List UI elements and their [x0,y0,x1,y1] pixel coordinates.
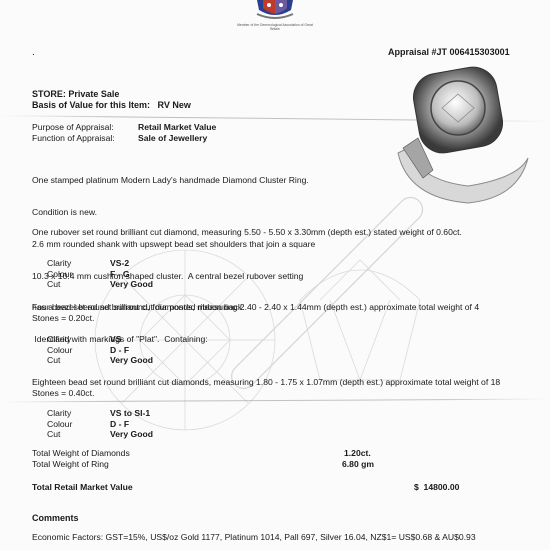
appraisal-number: Appraisal #JT 006415303001 [388,47,510,58]
colour-label: Colour [47,419,110,430]
stone-1-description: One rubover set round brilliant cut diam… [32,227,502,238]
description-line: Condition is new. [32,207,352,218]
stone-3-description: Eighteen bead set round brilliant cut di… [32,377,502,398]
clarity-label: Clarity [47,408,110,419]
function-value: Sale of Jewellery [138,133,207,144]
total-retail-market-value: $ 14800.00 [414,482,459,493]
colour-value: F - G [110,269,130,280]
crest-caption: Member of the Gemmological Association o… [236,23,314,31]
stone-3-specs: ClarityVS to SI-1 ColourD - F CutVery Go… [47,408,153,440]
store-block: STORE: Private Sale Basis of Value for t… [32,89,191,110]
cut-value: Very Good [110,355,153,366]
stone-1-specs: ClarityVS-2 ColourF - G CutVery Good [47,258,153,290]
cut-value: Very Good [110,279,153,290]
total-diamond-weight-row: Total Weight of Diamonds 1.20ct. [32,448,374,459]
cut-value: Very Good [110,429,153,440]
total-ring-weight-row: Total Weight of Ring 6.80 gm [32,459,374,470]
clarity-label: Clarity [47,334,110,345]
clarity-value: VS [110,334,121,345]
function-row: Function of Appraisal: Sale of Jewellery [32,133,216,144]
store-line: STORE: Private Sale [32,89,191,100]
purpose-label: Purpose of Appraisal: [32,122,138,133]
purpose-row: Purpose of Appraisal: Retail Market Valu… [32,122,216,133]
colour-label: Colour [47,345,110,356]
cut-label: Cut [47,429,110,440]
basis-label: Basis of Value for this Item: [32,100,150,110]
economic-factors: Economic Factors: GST=15%, US$/oz Gold 1… [32,532,512,543]
stone-2-specs: ClarityVS ColourD - F CutVery Good [47,334,153,366]
stone-2-description: Four bead set round brilliant cut diamon… [32,302,502,323]
stray-mark: . [32,48,35,59]
clarity-value: VS to SI-1 [110,408,150,419]
totals-block: Total Weight of Diamonds 1.20ct. Total W… [32,448,374,469]
total-diamond-weight-label: Total Weight of Diamonds [32,448,342,459]
total-ring-weight-value: 6.80 gm [342,459,374,470]
basis-of-value: Basis of Value for this Item: RV New [32,100,191,111]
clarity-label: Clarity [47,258,110,269]
purpose-block: Purpose of Appraisal: Retail Market Valu… [32,122,216,143]
colour-label: Colour [47,269,110,280]
ring-photo [378,58,538,208]
colour-value: D - F [110,345,129,356]
basis-value: RV New [158,100,191,110]
cut-label: Cut [47,279,110,290]
item-description: One stamped platinum Modern Lady's handm… [32,154,352,355]
purpose-value: Retail Market Value [138,122,216,133]
clarity-value: VS-2 [110,258,129,269]
gemmological-association-crest-logo [251,0,299,20]
comments-heading: Comments [32,513,79,524]
cut-label: Cut [47,355,110,366]
description-line: One stamped platinum Modern Lady's handm… [32,175,352,186]
total-diamond-weight-value: 1.20ct. [342,448,371,459]
total-ring-weight-label: Total Weight of Ring [32,459,342,470]
total-retail-market-value-label: Total Retail Market Value [32,482,133,493]
colour-value: D - F [110,419,129,430]
function-label: Function of Appraisal: [32,133,138,144]
paper-fold-line [0,399,550,403]
description-line: 2.6 mm rounded shank with upswept bead s… [32,239,352,250]
